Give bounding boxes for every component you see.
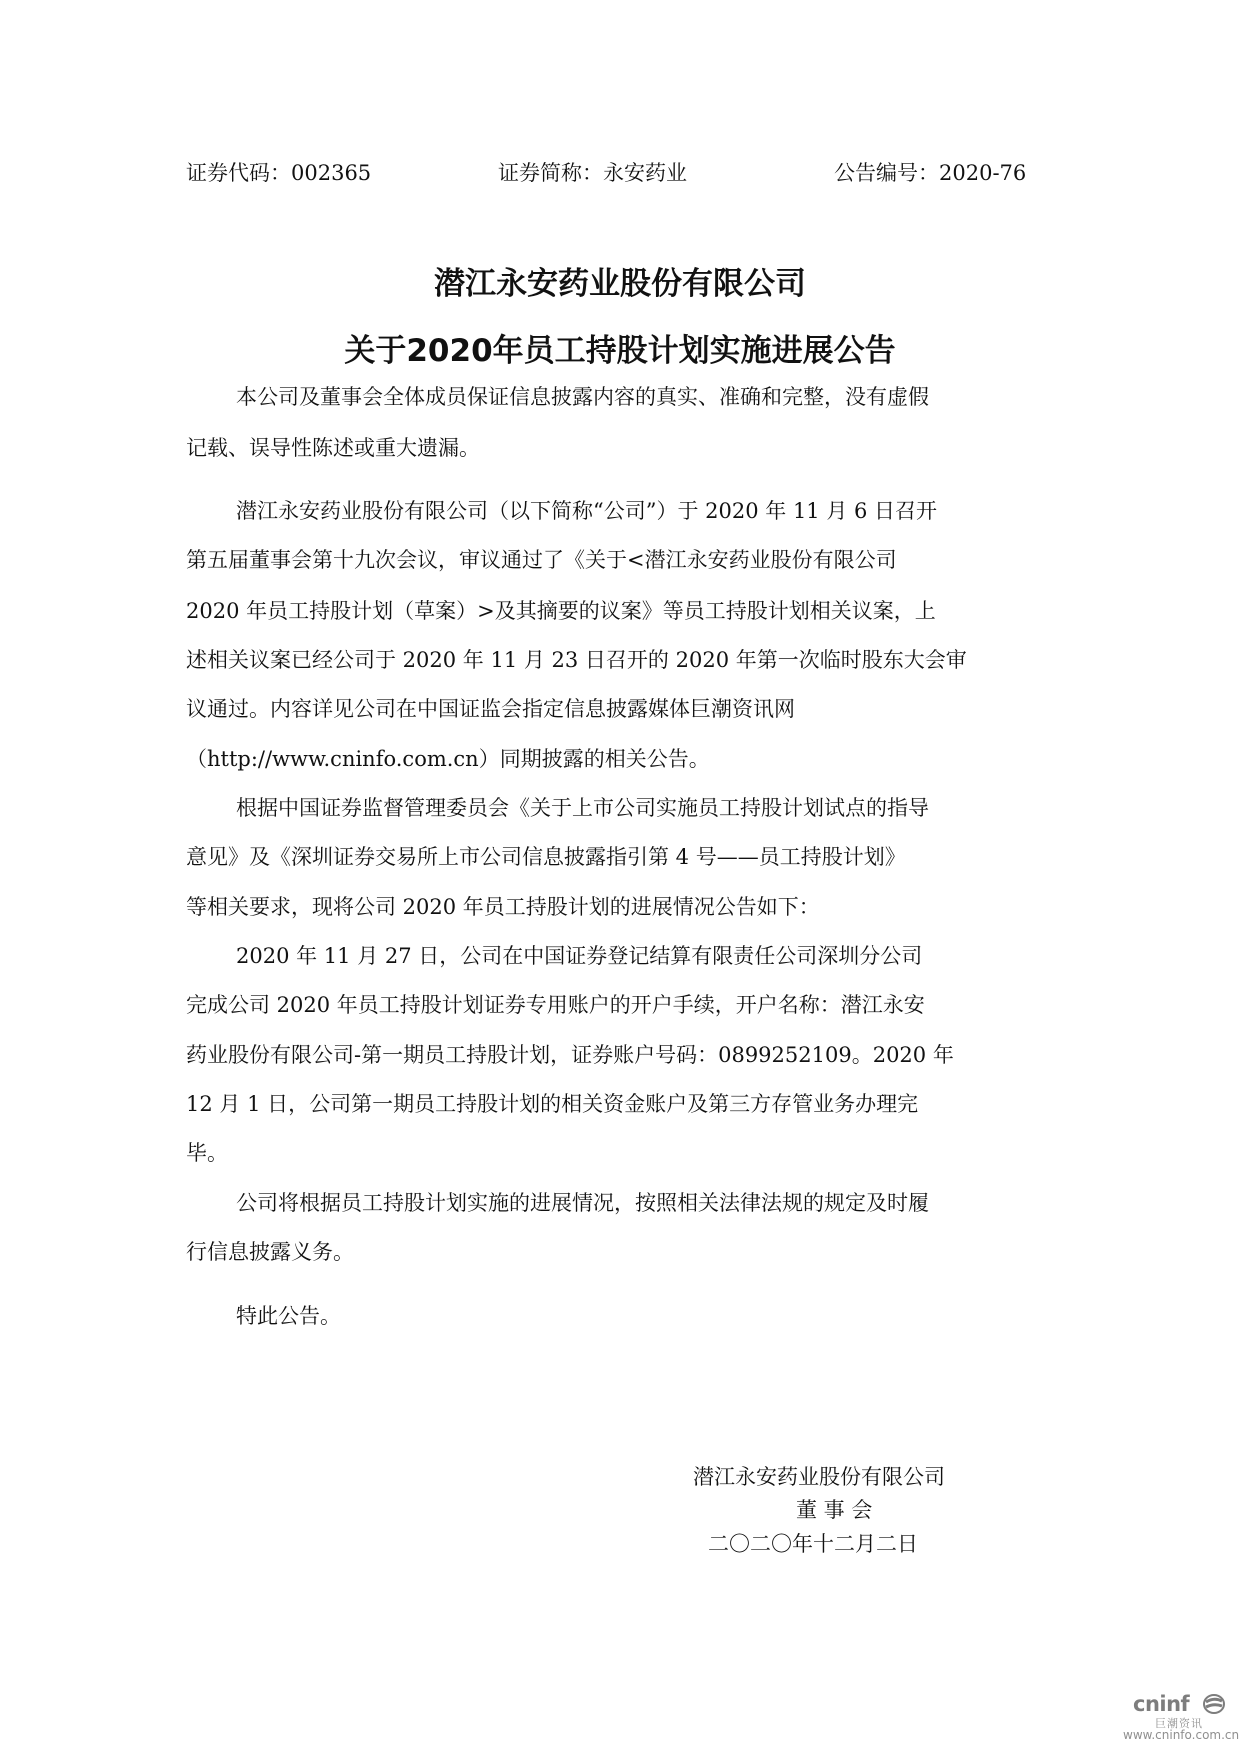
title-subject: 关于2020年员工持股计划实施进展公告 [0,325,1240,370]
body-line: 2020 年员工持股计划（草案）>及其摘要的议案》等员工持股计划相关议案，上 [186,596,936,626]
signature-date: 二〇二〇年十二月二日 [708,1529,918,1559]
body-line: 毕。 [186,1138,228,1168]
announcement-number: 公告编号：2020-76 [834,158,1026,188]
cninfo-brand: cninf [1133,1692,1189,1716]
body-line: 药业股份有限公司-第一期员工持股计划，证券账户号码：0899252109。202… [186,1040,954,1070]
body-line: 本公司及董事会全体成员保证信息披露内容的真实、准确和完整，没有虚假 [236,382,929,412]
body-line: 潜江永安药业股份有限公司（以下简称“公司”）于 2020 年 11 月 6 日召… [236,496,937,526]
closing-line: 特此公告。 [236,1301,341,1331]
body-line: 根据中国证券监督管理委员会《关于上市公司实施员工持股计划试点的指导 [236,793,929,823]
document-page: 证券代码：002365 证券简称：永安药业 公告编号：2020-76 潜江永安药… [0,0,1240,1754]
signature-board: 董 事 会 [796,1495,872,1525]
body-line: 议通过。内容详见公司在中国证监会指定信息披露媒体巨潮资讯网 [186,694,795,724]
body-line: （http://www.cninfo.com.cn）同期披露的相关公告。 [186,744,710,774]
body-line: 行信息披露义务。 [186,1237,354,1267]
body-line: 述相关议案已经公司于 2020 年 11 月 23 日召开的 2020 年第一次… [186,645,967,675]
body-line: 意见》及《深圳证券交易所上市公司信息披露指引第 4 号——员工持股计划》 [186,842,906,872]
body-line: 12 月 1 日，公司第一期员工持股计划的相关资金账户及第三方存管业务办理完 [186,1089,918,1119]
body-line: 等相关要求，现将公司 2020 年员工持股计划的进展情况公告如下： [186,892,820,922]
title-company: 潜江永安药业股份有限公司 [0,258,1240,303]
cninfo-watermark: cninf 巨潮资讯 www.cninfo.com.cn [1125,1692,1237,1752]
body-line: 公司将根据员工持股计划实施的进展情况，按照相关法律法规的规定及时履 [236,1188,929,1218]
cninfo-swirl-icon [1203,1694,1225,1714]
security-code: 证券代码：002365 [186,158,371,188]
body-line: 第五届董事会第十九次会议，审议通过了《关于<潜江永安药业股份有限公司 [186,545,897,575]
body-line: 2020 年 11 月 27 日，公司在中国证券登记结算有限责任公司深圳分公司 [236,941,922,971]
body-line: 完成公司 2020 年员工持股计划证券专用账户的开户手续，开户名称：潜江永安 [186,990,925,1020]
security-name: 证券简称：永安药业 [498,158,687,188]
body-line: 记载、误导性陈述或重大遗漏。 [186,433,480,463]
signature-company: 潜江永安药业股份有限公司 [693,1462,945,1492]
cninfo-url: www.cninfo.com.cn [1123,1728,1239,1742]
